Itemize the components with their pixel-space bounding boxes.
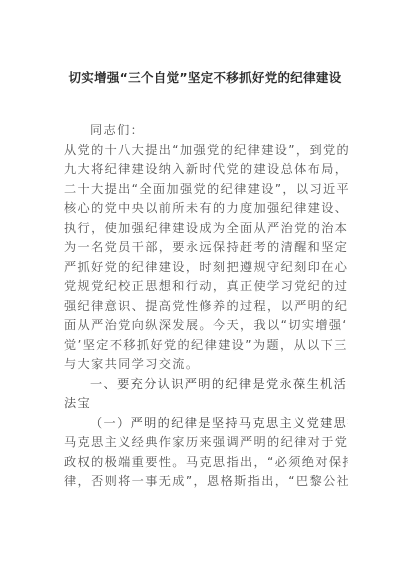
text-line: 二十大提出“全面加强党的纪律建设”，以习近平同志为 [64, 180, 348, 200]
document-page: 切实增强“三个自觉”坚定不移抓好党的纪律建设 同志们： 从党的十八大提出“加强党… [0, 0, 410, 580]
document-title: 切实增强“三个自觉”坚定不移抓好党的纪律建设 [0, 68, 410, 86]
text-line: 九大将纪律建设纳入新时代党的建设总体布局，再到党的 [64, 160, 348, 180]
text-line: 严抓好党的纪律建设，时刻把遵规守纪刻印在心，自觉用 [64, 258, 348, 278]
subsection-heading: （一）严明的纪律是坚持马克思主义党建思想的体现。 [64, 414, 348, 434]
text-line: 核心的党中央以前所未有的力度加强纪律建设、严格纪律 [64, 199, 348, 219]
text-line: 与大家共同学习交流。 [64, 355, 348, 375]
text-line: 从党的十八大提出“加强党的纪律建设”，到党的十 [64, 141, 348, 161]
text-line: 为一名党员干部，要永远保持赶考的清醒和坚定，全面从 [64, 238, 348, 258]
text-line: 党规党纪校正思想和行动，真正使学习党纪的过程成为增 [64, 277, 348, 297]
text-line: 马克思主义经典作家历来强调严明的纪律对于党、革命和 [64, 433, 348, 453]
text-line: 面从严治党向纵深发展。今天，我以“切实增强‘三个自 [64, 316, 348, 336]
section-heading: 一、要充分认识严明的纪律是党永葆生机活力的重要 [64, 375, 348, 395]
text-line: 执行，使加强纪律建设成为全面从严治党的治本之策。作 [64, 219, 348, 239]
salutation: 同志们： [64, 121, 348, 141]
text-line: 强纪律意识、提高党性修养的过程，以严明的纪律推动全 [64, 297, 348, 317]
section-heading-cont: 法宝 [64, 394, 348, 414]
document-body: 同志们： 从党的十八大提出“加强党的纪律建设”，到党的十 九大将纪律建设纳入新时… [64, 121, 348, 492]
text-line: 政权的极端重要性。马克思指出，“必须绝对保持党的纪 [64, 453, 348, 473]
text-line: 律，否则将一事无成”，恩格斯指出，“巴黎公社遭到灭 [64, 472, 348, 492]
text-line: 觉’坚定不移抓好党的纪律建设”为题，从以下三个方面 [64, 336, 348, 356]
